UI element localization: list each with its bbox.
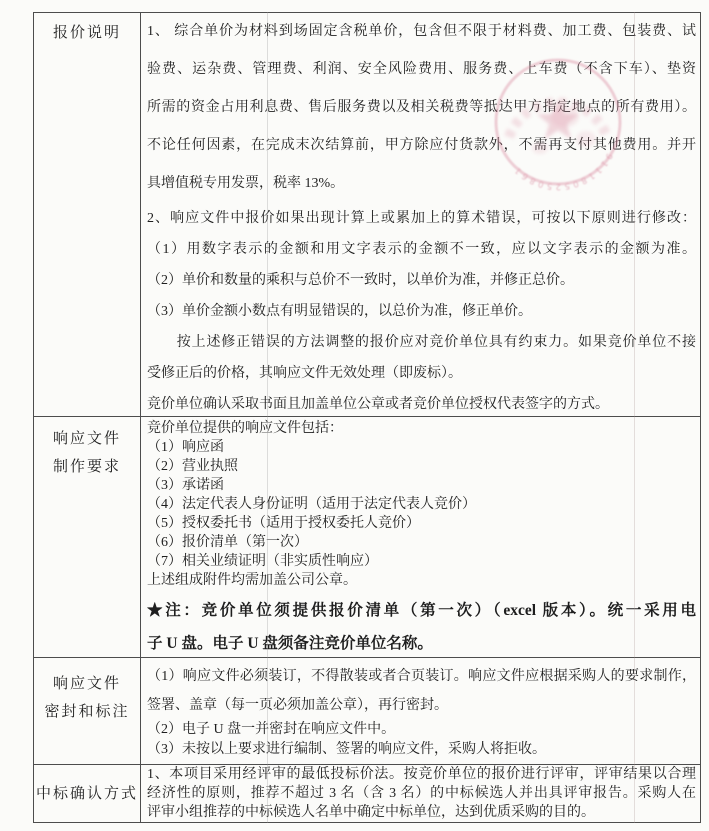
- text-line: 受修正后的价格，其响应文件无效处理（即废标）。: [147, 358, 696, 389]
- text-line: 竞价单位确认采取书面且加盖单位公章或者竞价单位授权代表签字的方式。: [147, 389, 696, 416]
- text-line: ★注：竞价单位须提供报价清单（第一次）（excel 版本）。统一采用电: [147, 594, 696, 627]
- label-text: 中标确认方式: [36, 780, 138, 808]
- paragraph: （1）用数字表示的金额和用文字表示的金额不一致，应以文字表示的金额为准。: [147, 234, 696, 265]
- text-line: （1）用数字表示的金额和用文字表示的金额不一致，应以文字表示的金额为准。: [147, 234, 696, 265]
- text-line: （2）电子 U 盘一并密封在响应文件中。: [147, 720, 696, 740]
- label-text: 报价说明: [53, 19, 121, 47]
- paragraph: 1、本项目采用经评审的最低投标价法。按竞价单位的报价进行评审，评审结果以合理经济…: [147, 765, 696, 822]
- text-line: 竞价单位提供的响应文件包括：: [147, 419, 696, 438]
- table-row: 报价说明1、 综合单价为材料到场固定含税单价，包含但不限于材料费、加工费、包装费…: [34, 13, 700, 417]
- paragraph: （1）响应函: [147, 438, 696, 457]
- paragraph: 上述组成附件均需加盖公司公章。: [147, 571, 696, 590]
- text-line: 按上述修正错误的方法调整的报价应对竞价单位具有约束力。如果竞价单位不接: [147, 327, 696, 358]
- table-row: 中标确认方式1、本项目采用经评审的最低投标价法。按竞价单位的报价进行评审，评审结…: [34, 765, 700, 822]
- paragraph: （3）承诺函: [147, 476, 696, 495]
- row-label: 响应文件密封和标注: [34, 658, 141, 764]
- paragraph: 竞价单位提供的响应文件包括：: [147, 419, 696, 438]
- text-line: 子 U 盘。电子 U 盘须备注竞价单位名称。: [147, 627, 696, 657]
- text-line: （3）单价金额小数点有明显错误的，以总价为准，修正单价。: [147, 296, 696, 327]
- text-line: （6）报价清单（第一次）: [147, 533, 696, 552]
- paragraph: （3）单价金额小数点有明显错误的，以总价为准，修正单价。: [147, 296, 696, 327]
- text-line: 1、本项目采用经评审的最低投标价法。按竞价单位的报价进行评审，评审结果以合理: [147, 765, 696, 784]
- paragraph: 按上述修正错误的方法调整的报价应对竞价单位具有约束力。如果竞价单位不接受修正后的…: [147, 327, 696, 389]
- row-label: 中标确认方式: [34, 765, 141, 822]
- paragraph: ★注：竞价单位须提供报价清单（第一次）（excel 版本）。统一采用电子 U 盘…: [147, 594, 696, 657]
- content-cell: 1、 综合单价为材料到场固定含税单价，包含但不限于材料费、加工费、包装费、试验费…: [141, 13, 700, 416]
- text-line: 不论任何因素，在完成末次结算前，甲方除应付货款外，不需再支付其他费用。并开: [147, 127, 696, 165]
- table-row: 响应文件密封和标注（1）响应文件必须装订，不得散装或者合页装订。响应文件应根据采…: [34, 658, 700, 765]
- label-text: 响应文件: [53, 425, 121, 453]
- paragraph: 2、响应文件中报价如果出现计算上或累加上的算术错误，可按以下原则进行修改：: [147, 203, 696, 234]
- paragraph: 竞价单位确认采取书面且加盖单位公章或者竞价单位授权代表签字的方式。: [147, 389, 696, 416]
- row-label: 报价说明: [34, 13, 141, 416]
- paragraph: （7）相关业绩证明（非实质性响应）: [147, 552, 696, 571]
- paragraph: （4）法定代表人身份证明（适用于法定代表人竞价）: [147, 495, 696, 514]
- paragraph: （5）授权委托书（适用于授权委托人竞价）: [147, 514, 696, 533]
- text-line: 签署、盖章（每一页必须加盖公章），再行密封。: [147, 691, 696, 720]
- paragraph: （6）报价清单（第一次）: [147, 533, 696, 552]
- paragraph: （3）未按以上要求进行编制、签署的响应文件，采购人将拒收。: [147, 740, 696, 760]
- text-line: （3）未按以上要求进行编制、签署的响应文件，采购人将拒收。: [147, 740, 696, 760]
- label-text: 响应文件: [53, 670, 121, 698]
- text-line: 上述组成附件均需加盖公司公章。: [147, 571, 696, 590]
- scanned-document-page: 报价说明1、 综合单价为材料到场固定含税单价，包含但不限于材料费、加工费、包装费…: [0, 0, 709, 831]
- paragraph: （2）营业执照: [147, 457, 696, 476]
- text-line: （2）单价和数量的乘积与总价不一致时，以单价为准，并修正总价。: [147, 265, 696, 296]
- text-line: 具增值税专用发票，税率 13%。: [147, 165, 696, 203]
- content-cell: 竞价单位提供的响应文件包括：（1）响应函（2）营业执照（3）承诺函（4）法定代表…: [141, 417, 700, 657]
- text-line: （5）授权委托书（适用于授权委托人竞价）: [147, 514, 696, 533]
- text-line: （1）响应函: [147, 438, 696, 457]
- table-row: 响应文件制作要求竞价单位提供的响应文件包括：（1）响应函（2）营业执照（3）承诺…: [34, 417, 700, 658]
- requirements-table: 报价说明1、 综合单价为材料到场固定含税单价，包含但不限于材料费、加工费、包装费…: [33, 12, 701, 823]
- text-line: 所需的资金占用利息费、售后服务费以及相关税费等抵达甲方指定地点的所有费用）。: [147, 89, 696, 127]
- label-text: 密封和标注: [44, 698, 129, 726]
- label-text: 制作要求: [53, 453, 121, 481]
- text-line: （4）法定代表人身份证明（适用于法定代表人竞价）: [147, 495, 696, 514]
- text-line: 1、 综合单价为材料到场固定含税单价，包含但不限于材料费、加工费、包装费、试: [147, 13, 696, 51]
- content-cell: （1）响应文件必须装订，不得散装或者合页装订。响应文件应根据采购人的要求制作，签…: [141, 658, 700, 764]
- content-cell: 1、本项目采用经评审的最低投标价法。按竞价单位的报价进行评审，评审结果以合理经济…: [141, 765, 700, 822]
- text-line: 验费、运杂费、管理费、利润、安全风险费用、服务费、上车费（不含下车）、垫资: [147, 51, 696, 89]
- text-line: （3）承诺函: [147, 476, 696, 495]
- text-line: （7）相关业绩证明（非实质性响应）: [147, 552, 696, 571]
- paragraph: （2）电子 U 盘一并密封在响应文件中。: [147, 720, 696, 740]
- text-line: 评审小组推荐的中标候选人名单中确定中标单位，达到优质采购的目的。: [147, 803, 696, 822]
- paragraph: 1、 综合单价为材料到场固定含税单价，包含但不限于材料费、加工费、包装费、试验费…: [147, 13, 696, 203]
- text-line: （2）营业执照: [147, 457, 696, 476]
- paragraph: （1）响应文件必须装订，不得散装或者合页装订。响应文件应根据采购人的要求制作，签…: [147, 662, 696, 720]
- text-line: 经济性的原则，推荐不超过 3 名（含 3 名）的中标候选人并出具评审报告。采购人…: [147, 784, 696, 803]
- paragraph: （2）单价和数量的乘积与总价不一致时，以单价为准，并修正总价。: [147, 265, 696, 296]
- row-label: 响应文件制作要求: [34, 417, 141, 657]
- text-line: 2、响应文件中报价如果出现计算上或累加上的算术错误，可按以下原则进行修改：: [147, 203, 696, 234]
- text-line: （1）响应文件必须装订，不得散装或者合页装订。响应文件应根据采购人的要求制作，: [147, 662, 696, 691]
